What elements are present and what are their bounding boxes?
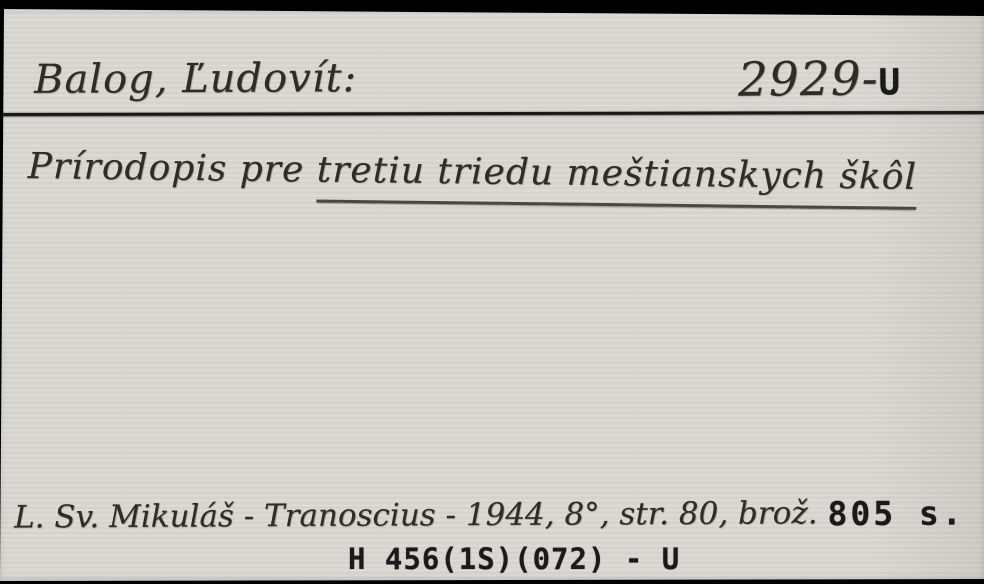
title-line: Prírodopis pre tretiu triedu meštianskyc… [27,146,917,198]
card-number-typed-suffix: U [878,62,902,103]
imprint-line: L. Sv. Mikuláš - Tranoscius - 1944, 8°, … [14,492,965,536]
author-heading: Balog, Ľudovít: [34,55,357,103]
catalog-card: Balog, Ľudovít: 2929-U Prírodopis pre tr… [0,0,984,584]
heading-rule [0,111,984,116]
card-number-handwritten: 2929- [738,51,879,107]
card-number: 2929-U [738,51,903,107]
scan-background: Balog, Ľudovít: 2929-U Prírodopis pre tr… [0,0,984,584]
imprint-pages-typed: 805 s. [827,494,964,534]
title-lead: Prírodopis pre [27,146,317,191]
title-underlined-part: tretiu triedu meštianskych škôl [316,150,917,210]
call-number: H 456(1S)(072) - U [348,542,680,576]
imprint-handwritten: L. Sv. Mikuláš - Tranoscius - 1944, 8°, … [14,495,818,535]
